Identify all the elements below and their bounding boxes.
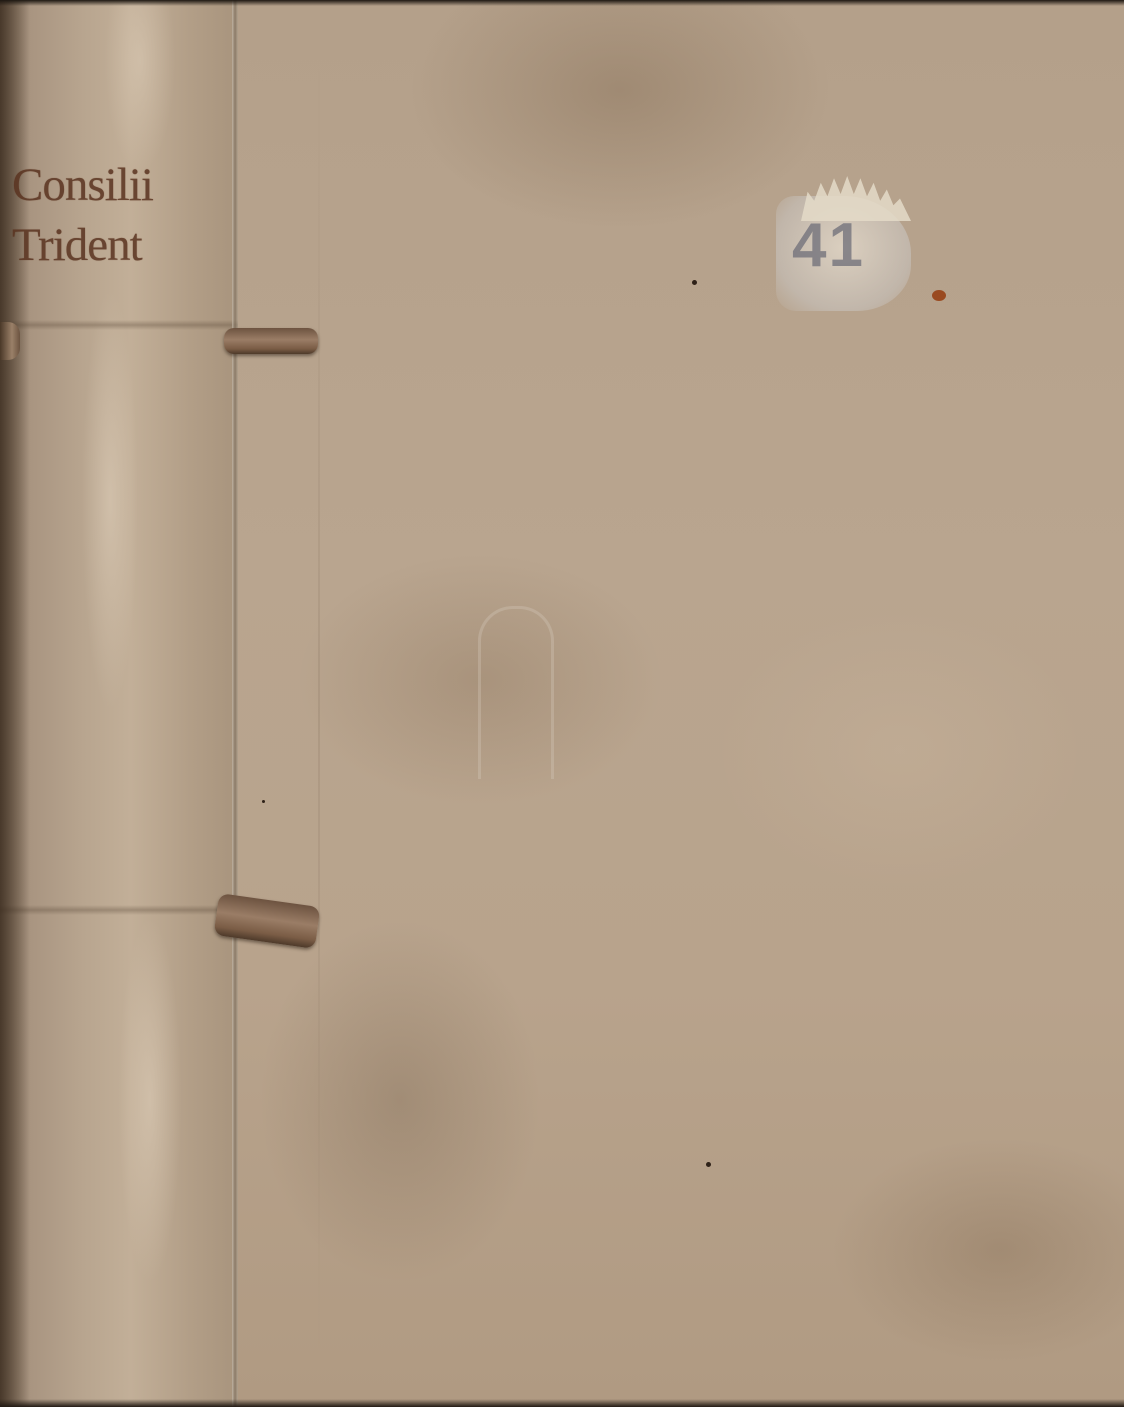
left-edge-shadow bbox=[0, 0, 30, 1407]
rust-spot bbox=[932, 290, 946, 301]
cover-crease bbox=[318, 60, 320, 1360]
upper-tie bbox=[224, 328, 318, 354]
bottom-edge bbox=[0, 1399, 1124, 1407]
spine-band-upper bbox=[0, 320, 238, 330]
spine-title-line-2: Trident bbox=[12, 222, 237, 269]
shelf-mark-label: 41 bbox=[776, 176, 926, 316]
spine-joint bbox=[232, 0, 238, 1407]
wormhole-dot bbox=[706, 1162, 711, 1167]
top-edge bbox=[0, 0, 1124, 6]
faint-impression-mark bbox=[478, 606, 554, 779]
wormhole-dot bbox=[692, 280, 697, 285]
book-spine bbox=[0, 0, 238, 1407]
spine-band-lower bbox=[0, 905, 238, 915]
shelf-mark-number: 41 bbox=[792, 210, 865, 281]
left-tie-stub bbox=[0, 322, 20, 360]
wormhole-dot bbox=[262, 800, 265, 803]
book-cover-photo: Consilii Trident 41 bbox=[0, 0, 1124, 1407]
spine-title-line-1: Consilii bbox=[12, 162, 237, 209]
